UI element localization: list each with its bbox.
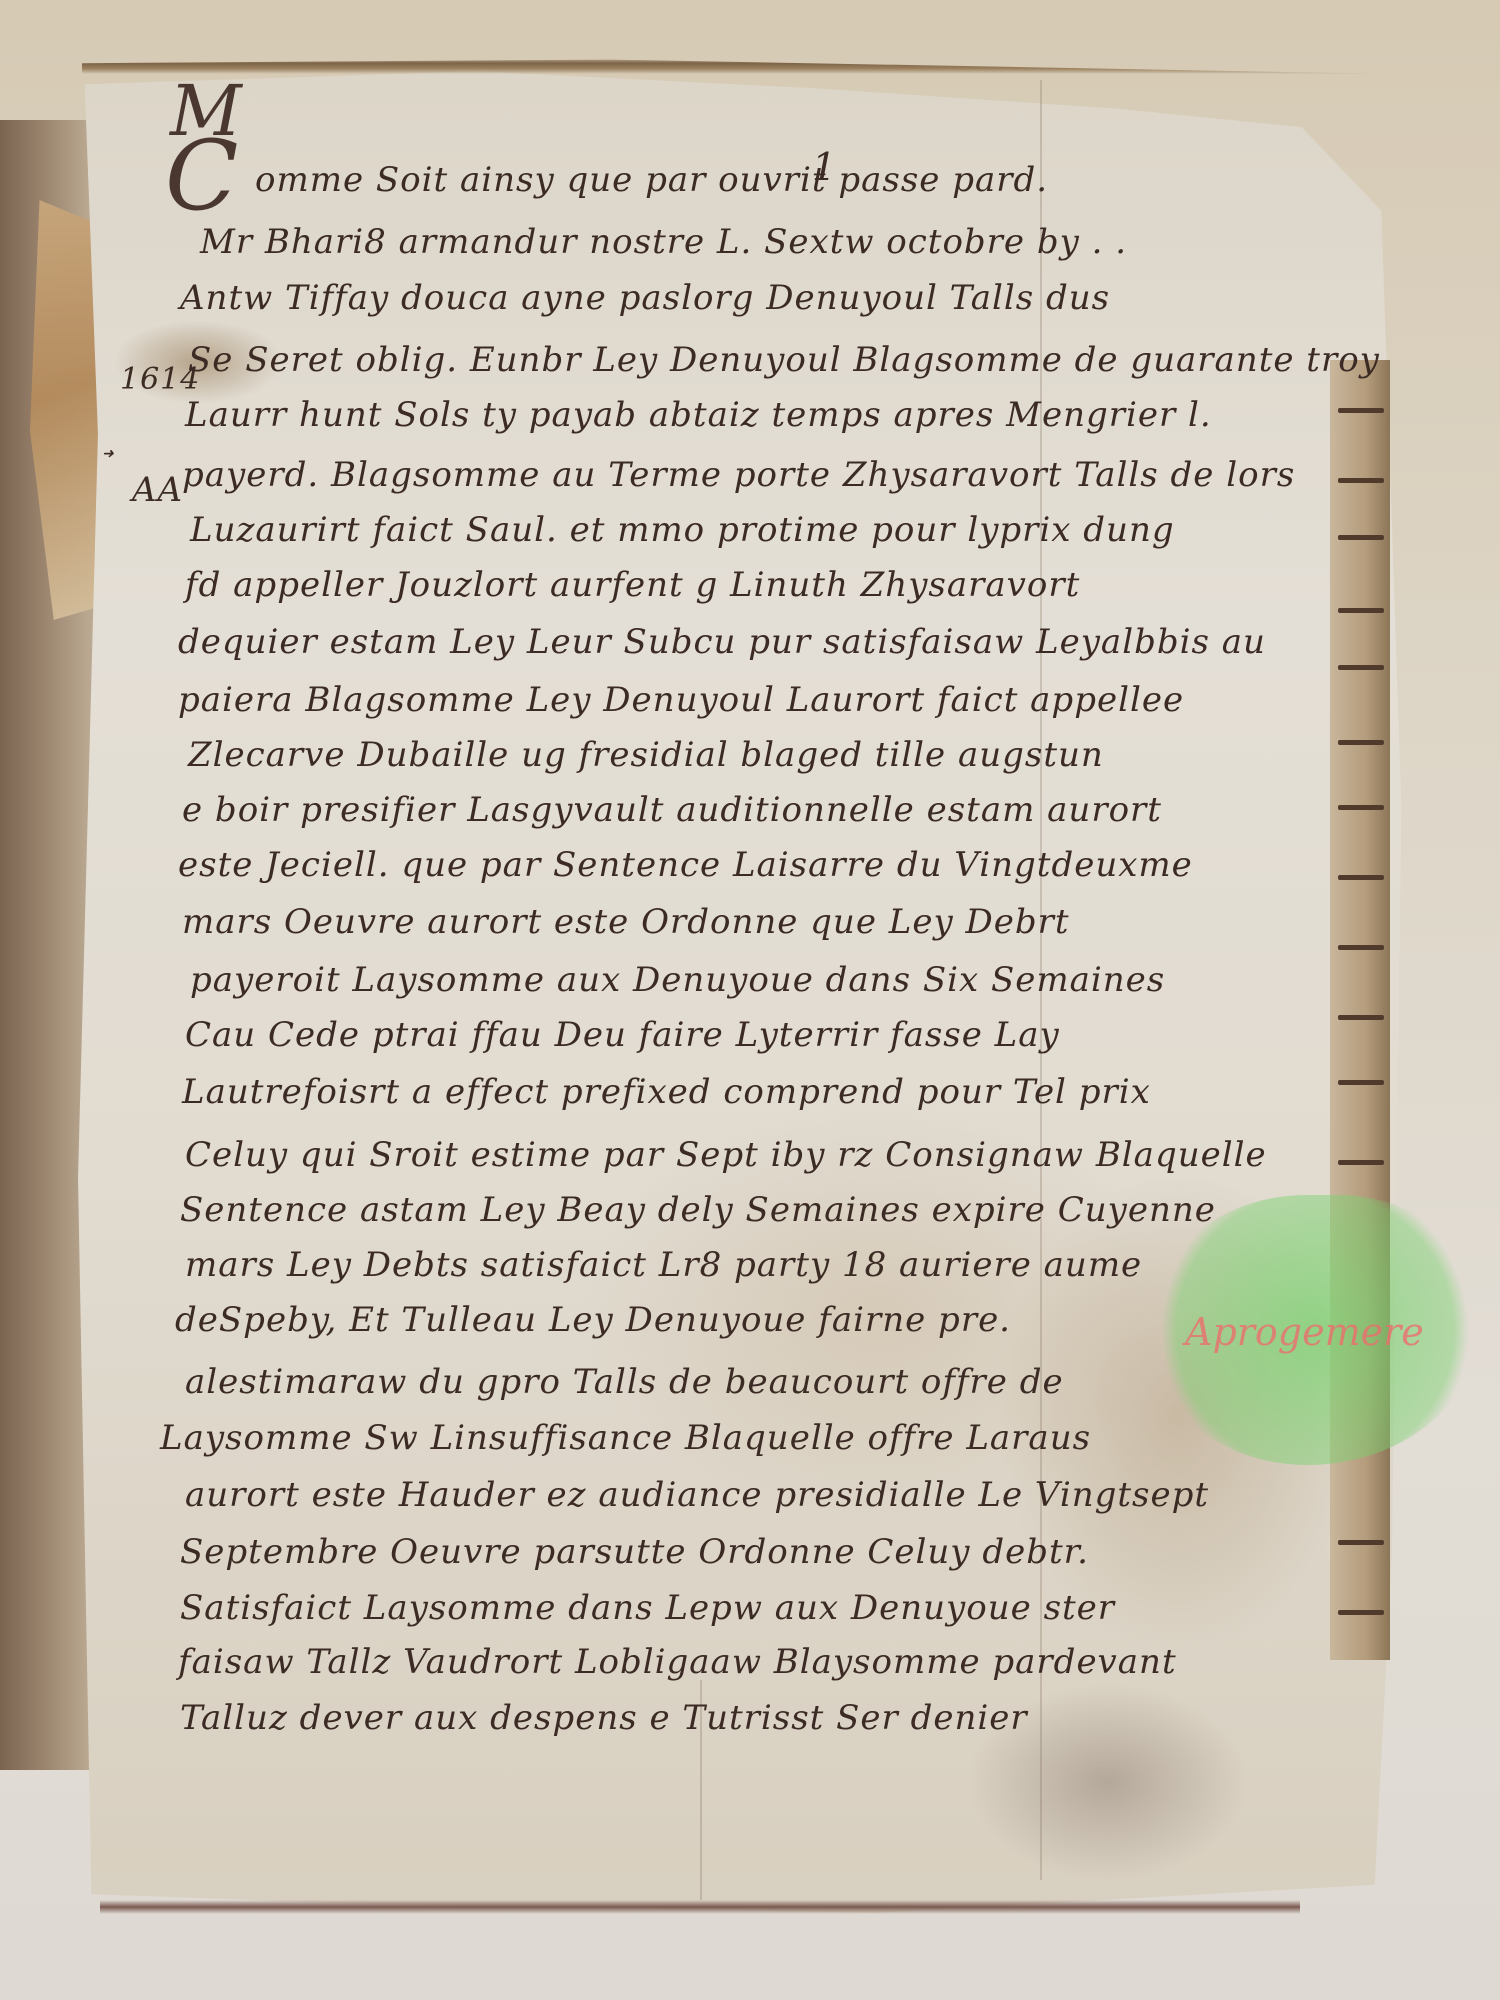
manuscript-line: deSpeby, Et Tulleau Ley Denuyoue fairne … (175, 1300, 1011, 1340)
manuscript-line: e boir presifier Lasgyvault auditionnell… (182, 790, 1162, 830)
page-edge-top (82, 56, 1402, 74)
margin-arrow-icon: ➜ (102, 446, 115, 462)
manuscript-line: Septembre Oeuvre parsutte Ordonne Celuy … (180, 1532, 1089, 1572)
manuscript-line: Luzaurirt faict Saul. et mmo protime pou… (190, 510, 1175, 550)
margin-rule-mark (1338, 1160, 1384, 1165)
manuscript-line: faisaw Tallz Vaudrort Lobligaaw Blaysomm… (178, 1642, 1177, 1682)
manuscript-line: Antw Tiffay douca ayne paslorg Denuyoul … (180, 278, 1110, 318)
manuscript-line: Cau Cede ptrai ffau Deu faire Lyterrir f… (185, 1015, 1060, 1055)
margin-rule-mark (1338, 478, 1384, 483)
margin-rule-mark (1338, 408, 1384, 413)
manuscript-line: omme Soit ainsy que par ouvrit passe par… (255, 160, 1048, 200)
margin-rule-mark (1338, 1015, 1384, 1020)
manuscript-line: payerd. Blagsomme au Terme porte Zhysara… (182, 455, 1295, 495)
manuscript-line: Satisfaict Laysomme dans Lepw aux Denuyo… (180, 1588, 1115, 1628)
manuscript-line: Se Seret oblig. Eunbr Ley Denuyoul Blags… (188, 340, 1380, 380)
manuscript-line: Laurr hunt Sols ty payab abtaiz temps ap… (185, 395, 1212, 435)
margin-rule-mark (1338, 875, 1384, 880)
manuscript-line: Laysomme Sw Linsuffisance Blaquelle offr… (160, 1418, 1091, 1458)
manuscript-line: paiera Blagsomme Ley Denuyoul Laurort fa… (178, 680, 1184, 720)
manuscript-line: aurort este Hauder ez audiance presidial… (185, 1475, 1209, 1515)
page-edge-bottom (100, 1900, 1300, 1914)
manuscript-line: payeroit Laysomme aux Denuyoue dans Six … (190, 960, 1165, 1000)
manuscript-line: Mr Bhari8 armandur nostre L. Sextw octob… (200, 222, 1127, 262)
margin-mark: AA (132, 470, 183, 510)
manuscript-line: Zlecarve Dubaille ug fresidial blaged ti… (188, 735, 1104, 775)
manuscript-line: Talluz dever aux despens e Tutrisst Ser … (180, 1698, 1028, 1738)
manuscript-line: mars Oeuvre aurort este Ordonne que Ley … (182, 902, 1070, 942)
manuscript-line: mars Ley Debts satisfaict Lr8 party 18 a… (185, 1245, 1142, 1285)
margin-rule-mark (1338, 1080, 1384, 1085)
margin-rule-mark (1338, 805, 1384, 810)
initial-letter: C (165, 120, 239, 232)
watermark-text: Aprogemere (1185, 1310, 1424, 1354)
margin-rule-mark (1338, 1610, 1384, 1615)
manuscript-line: Lautrefoisrt a effect prefixed comprend … (182, 1072, 1151, 1112)
manuscript-line: fd appeller Jouzlort aurfent g Linuth Zh… (185, 565, 1080, 605)
margin-rule-mark (1338, 740, 1384, 745)
margin-rule-mark (1338, 608, 1384, 613)
margin-rule-mark (1338, 665, 1384, 670)
manuscript-line: Celuy qui Sroit estime par Sept iby rz C… (185, 1135, 1267, 1175)
manuscript-line: alestimaraw du gpro Talls de beaucourt o… (185, 1362, 1064, 1402)
manuscript-line: dequier estam Ley Leur Subcu pur satisfa… (178, 622, 1266, 662)
margin-rule-mark (1338, 1540, 1384, 1545)
ruled-margin-strip (1330, 360, 1390, 1660)
margin-rule-mark (1338, 945, 1384, 950)
manuscript-line: este Jeciell. que par Sentence Laisarre … (178, 845, 1193, 885)
margin-rule-mark (1338, 535, 1384, 540)
manuscript-line: Sentence astam Ley Beay dely Semaines ex… (180, 1190, 1216, 1230)
